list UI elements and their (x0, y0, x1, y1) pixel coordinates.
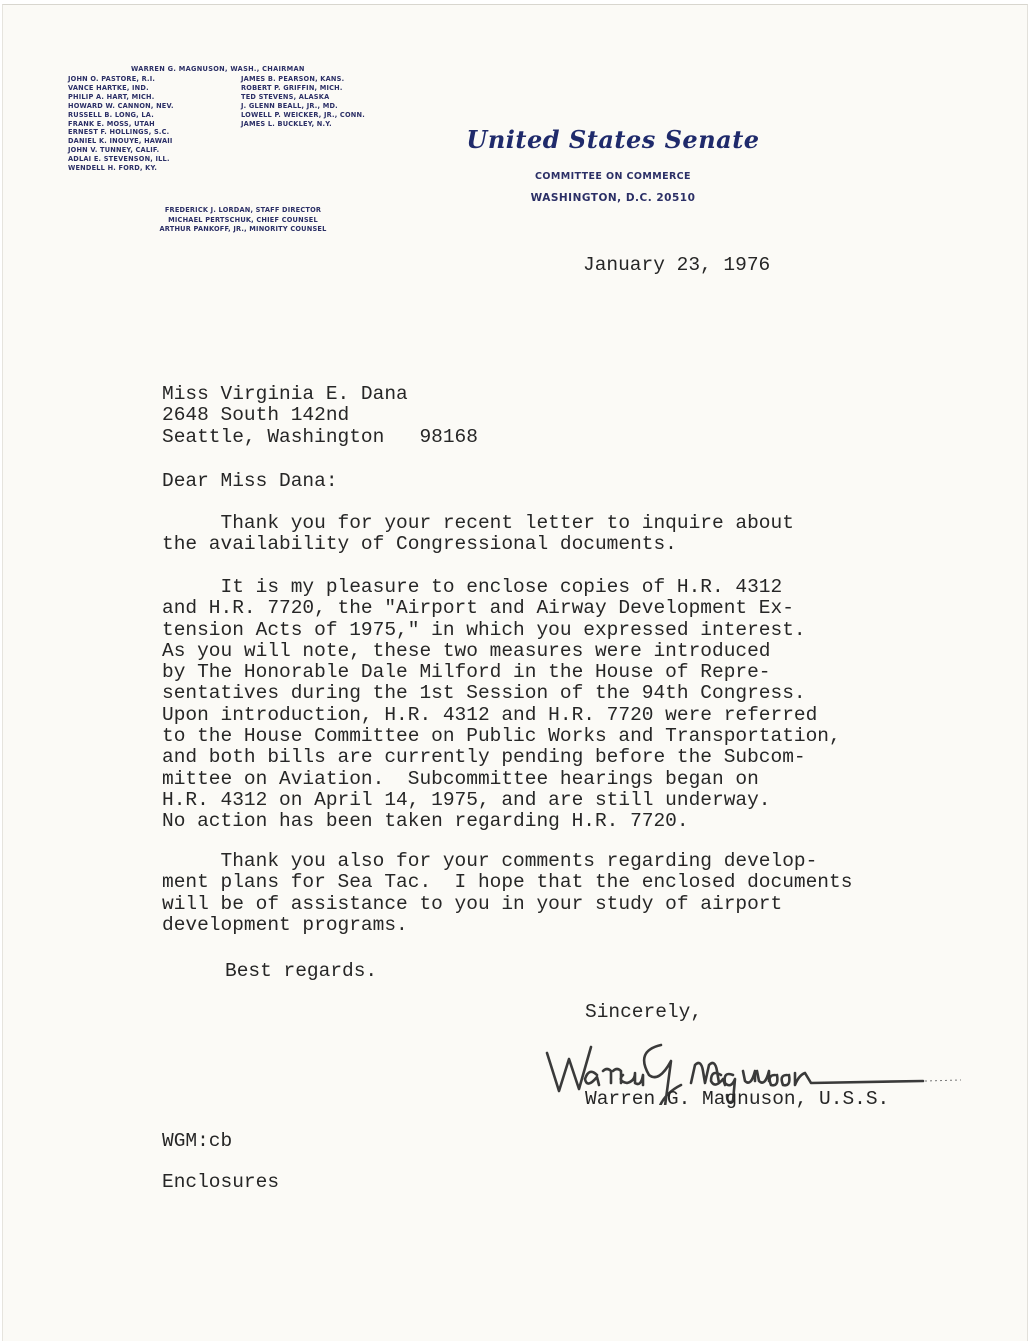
enclosures-note: Enclosures (162, 1172, 279, 1193)
reference-initials: WGM:cb (162, 1131, 232, 1152)
letterhead-line: HOWARD W. CANNON, NEV. (68, 102, 174, 111)
letterhead-line: JAMES L. BUCKLEY, N.Y. (241, 120, 365, 129)
letter-page: WARREN G. MAGNUSON, WASH., CHAIRMAN JOHN… (2, 4, 1028, 1341)
letterhead-members-left: JOHN O. PASTORE, R.I.VANCE HARTKE, IND.P… (68, 75, 174, 173)
letterhead-staff: FREDERICK J. LORDAN, STAFF DIRECTORMICHA… (123, 206, 363, 235)
letterhead-line: FREDERICK J. LORDAN, STAFF DIRECTOR (123, 206, 363, 216)
letterhead-line: JAMES B. PEARSON, KANS. (241, 75, 365, 84)
letterhead-members-right: JAMES B. PEARSON, KANS.ROBERT P. GRIFFIN… (241, 75, 365, 128)
paragraph-1: Thank you for your recent letter to inqu… (162, 513, 794, 556)
letterhead-line: DANIEL K. INOUYE, HAWAII (68, 137, 174, 146)
letterhead-line: JOHN V. TUNNEY, CALIF. (68, 146, 174, 155)
letterhead-line: RUSSELL B. LONG, LA. (68, 111, 174, 120)
committee-name: COMMITTEE ON COMMERCE (433, 171, 793, 182)
closing: Sincerely, (585, 1002, 702, 1023)
letterhead-line: PHILIP A. HART, MICH. (68, 93, 174, 102)
letterhead-line: MICHAEL PERTSCHUK, CHIEF COUNSEL (123, 216, 363, 226)
letterhead-line: WENDELL H. FORD, KY. (68, 164, 174, 173)
letterhead-line: VANCE HARTKE, IND. (68, 84, 174, 93)
paragraph-2: It is my pleasure to enclose copies of H… (162, 577, 841, 833)
salutation: Dear Miss Dana: (162, 471, 338, 492)
letterhead-line: ROBERT P. GRIFFIN, MICH. (241, 84, 365, 93)
letterhead-line: TED STEVENS, ALASKA (241, 93, 365, 102)
letterhead-line: J. GLENN BEALL, JR., MD. (241, 102, 365, 111)
senate-title: United States Senate (433, 125, 793, 154)
letterhead-line: JOHN O. PASTORE, R.I. (68, 75, 174, 84)
paragraph-3: Thank you also for your comments regardi… (162, 851, 852, 936)
committee-address: WASHINGTON, D.C. 20510 (433, 192, 793, 204)
letterhead-line: LOWELL P. WEICKER, JR., CONN. (241, 111, 365, 120)
letterhead-chairman: WARREN G. MAGNUSON, WASH., CHAIRMAN (131, 65, 305, 73)
letterhead-line: ARTHUR PANKOFF, JR., MINORITY COUNSEL (123, 225, 363, 235)
signer-name: Warren G. Magnuson, U.S.S. (585, 1089, 889, 1110)
recipient-address: Miss Virginia E. Dana 2648 South 142nd S… (162, 384, 478, 448)
letterhead-line: FRANK E. MOSS, UTAH (68, 120, 174, 129)
letterhead-line: ADLAI E. STEVENSON, ILL. (68, 155, 174, 164)
regards: Best regards. (225, 961, 377, 982)
letter-date: January 23, 1976 (583, 255, 770, 276)
letterhead-line: ERNEST F. HOLLINGS, S.C. (68, 128, 174, 137)
